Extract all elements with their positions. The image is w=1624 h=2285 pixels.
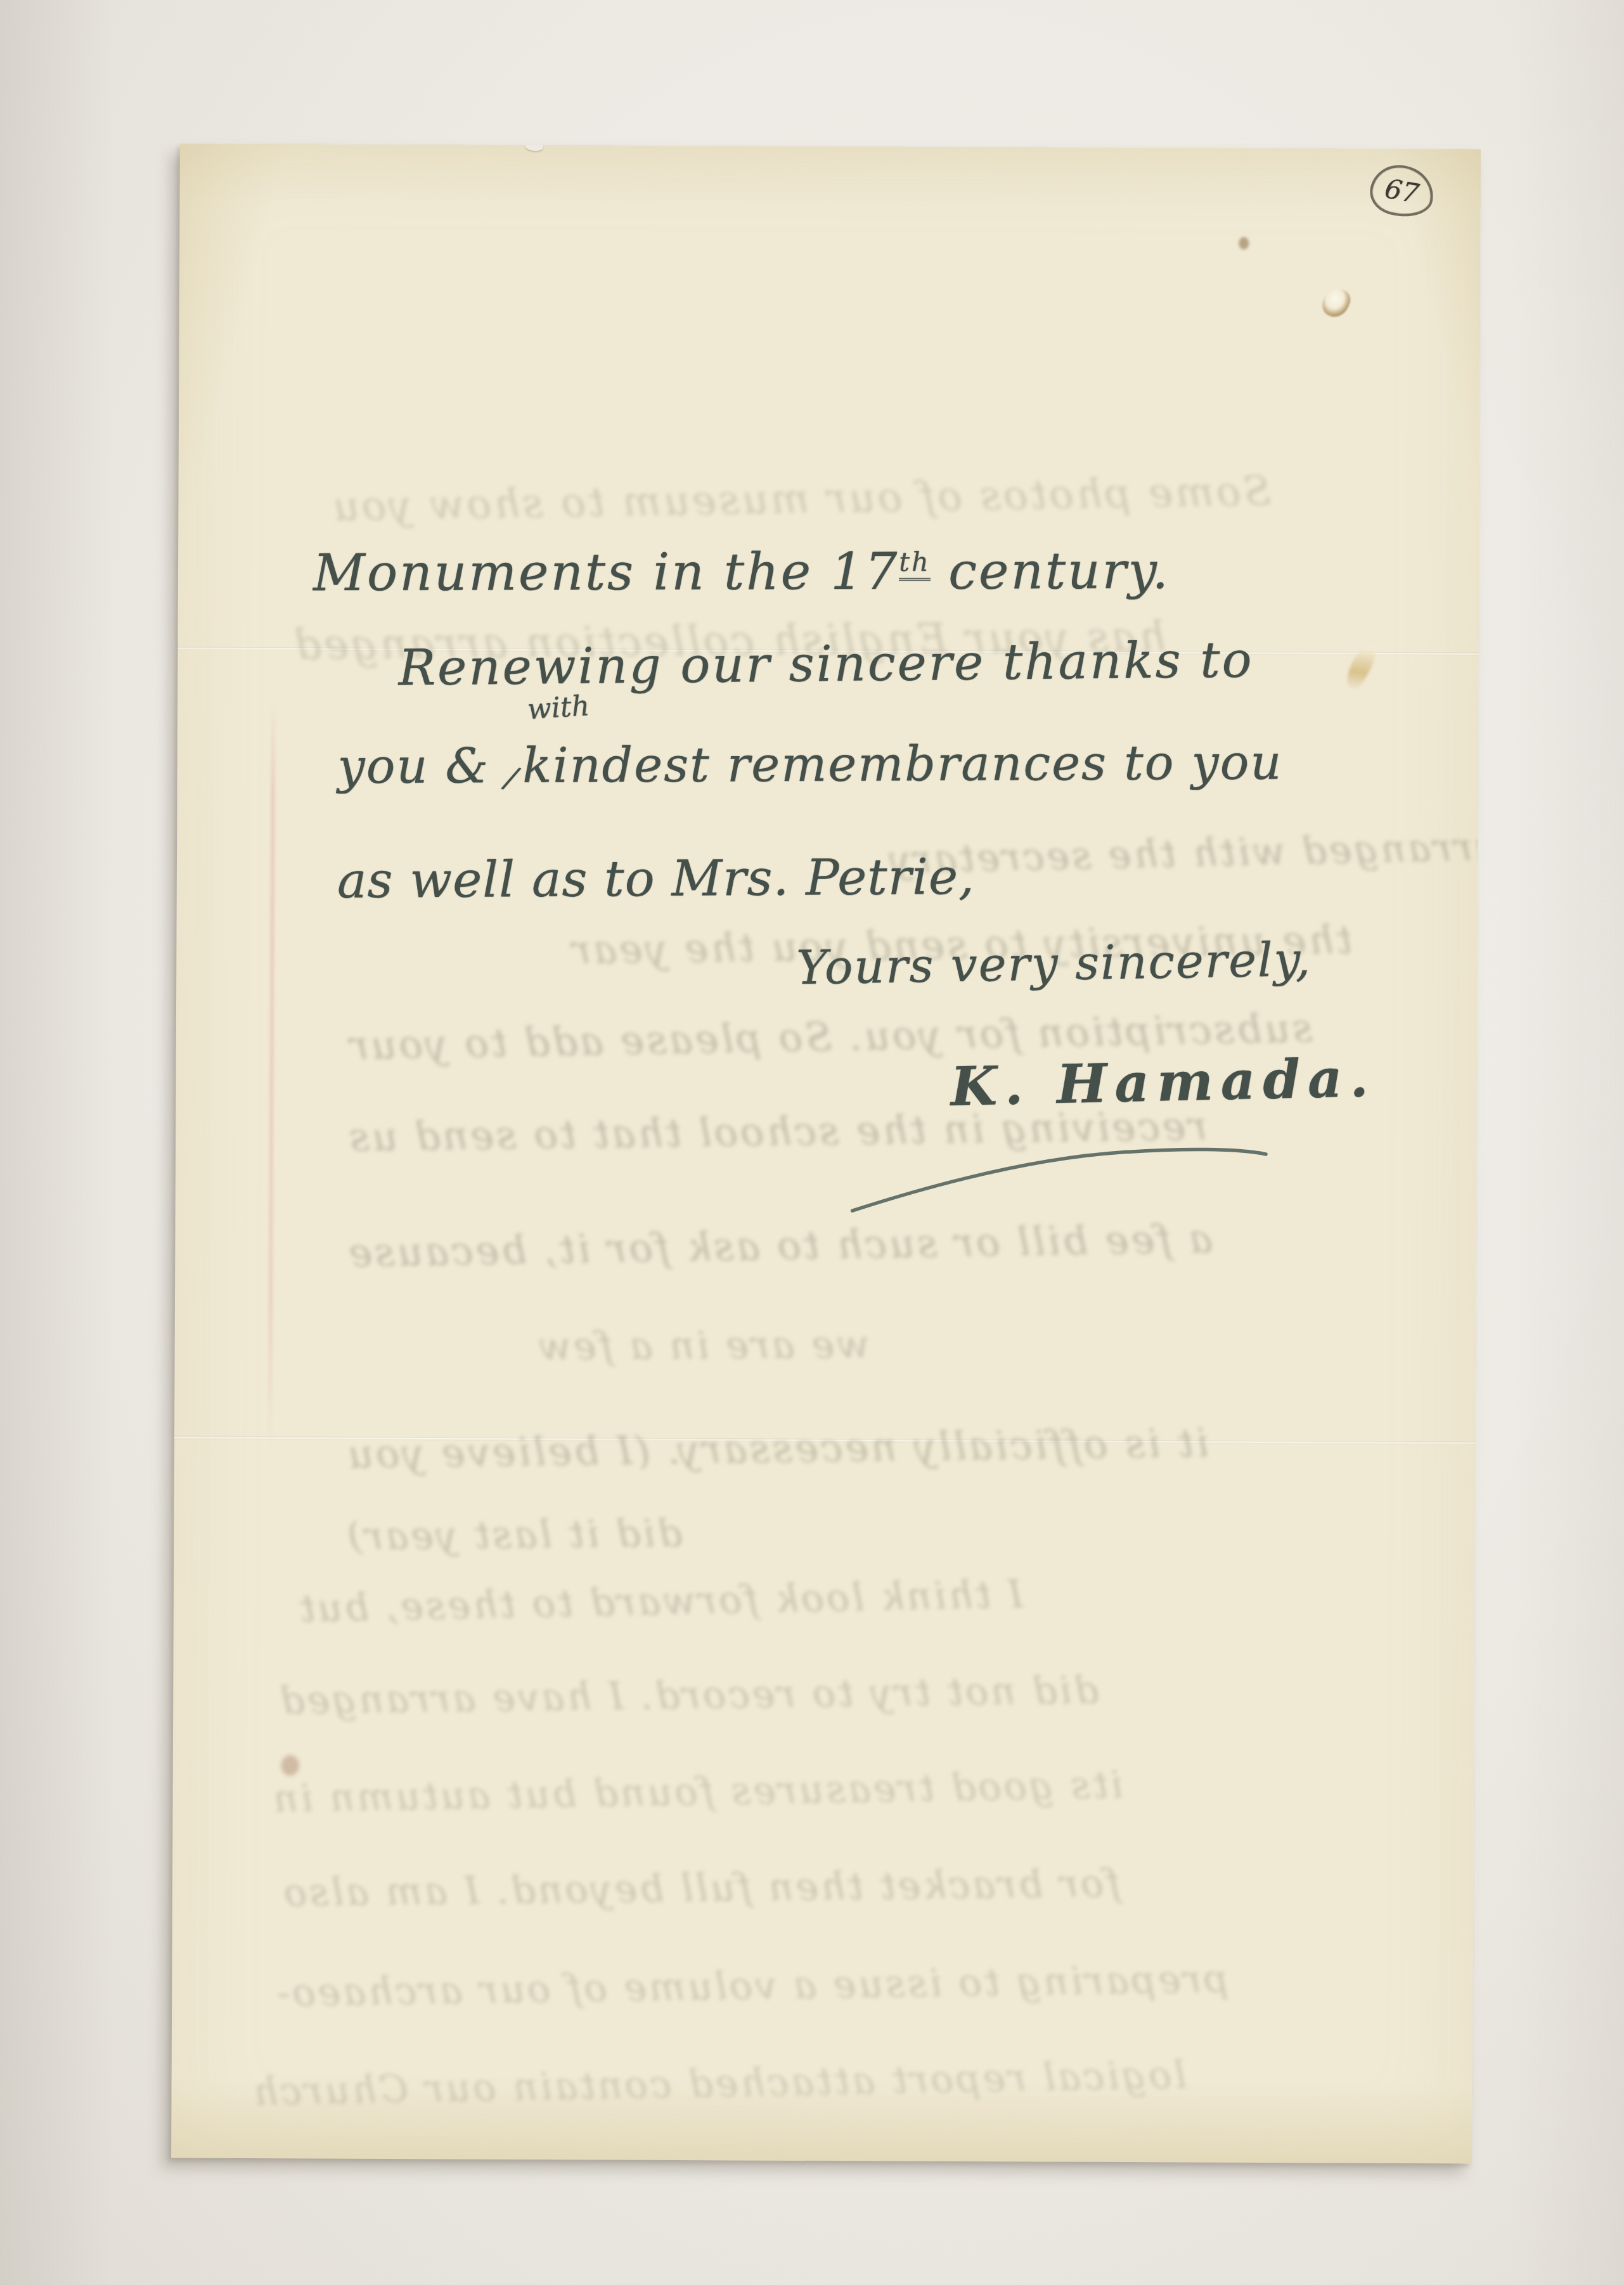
bleedthrough-line: a fee bill or such to ask for it, becaus… xyxy=(346,1215,1213,1276)
bleedthrough-line: did it last year) xyxy=(345,1511,682,1559)
bleedthrough-line: its good treasures found but autumn in xyxy=(271,1763,1123,1821)
bleedthrough-line: I have arranged with the secretary xyxy=(886,821,1480,882)
bleedthrough-line: preparing to issue a volume of our archa… xyxy=(274,1957,1228,2015)
paper-edge-nick xyxy=(525,144,543,151)
bleedthrough-line: logical report attached contain our Chur… xyxy=(250,2053,1187,2114)
photo-background: Some photos of our museum to show you ha… xyxy=(0,0,1624,2285)
page-number-annotation: 67 xyxy=(1367,162,1436,220)
line3-pre: you & xyxy=(337,737,506,794)
signature: K. Hamada. xyxy=(950,1046,1376,1118)
bleedthrough-line: Some photos of our museum to show you xyxy=(330,468,1272,531)
line1-text: Monuments in the 17 xyxy=(313,542,899,602)
stain-yellow-streak xyxy=(1341,643,1380,692)
margin-line-showthrough xyxy=(268,702,275,1450)
letter-line-monuments: Monuments in the 17th century. xyxy=(313,541,1170,603)
line3-post: kindest remembrances to you xyxy=(522,734,1282,794)
bleedthrough-line: did not try to record. I have arranged xyxy=(278,1668,1099,1723)
stain-small-dot xyxy=(1239,237,1249,250)
line1-tail: century. xyxy=(931,541,1170,601)
letter-page: Some photos of our museum to show you ha… xyxy=(171,144,1481,2164)
bleedthrough-line: we are in a few xyxy=(536,1323,869,1369)
letter-closing: Yours very sincerely, xyxy=(796,932,1312,995)
stain-tear-flake xyxy=(1318,284,1354,321)
stain-reddish-spot xyxy=(281,1755,299,1775)
signature-flourish xyxy=(849,1138,1271,1220)
letter-line-petrie: as well as to Mrs. Petrie, xyxy=(337,849,975,910)
bleedthrough-line: I think look forward to these, but xyxy=(297,1572,1023,1631)
page-number-value: 67 xyxy=(1382,172,1421,209)
bleedthrough-line: for bracket then full beyond. I am also xyxy=(281,1862,1121,1915)
letter-line-remembrances: you & /kindest remembrances to you xyxy=(337,734,1282,795)
ordinal-suffix: th xyxy=(899,546,931,581)
bleedthrough-line: it is officially necessary. (I believe y… xyxy=(345,1420,1209,1477)
inserted-word-with: with xyxy=(527,690,591,726)
letter-line-renewing: Renewing our sincere thanks to xyxy=(398,632,1254,697)
